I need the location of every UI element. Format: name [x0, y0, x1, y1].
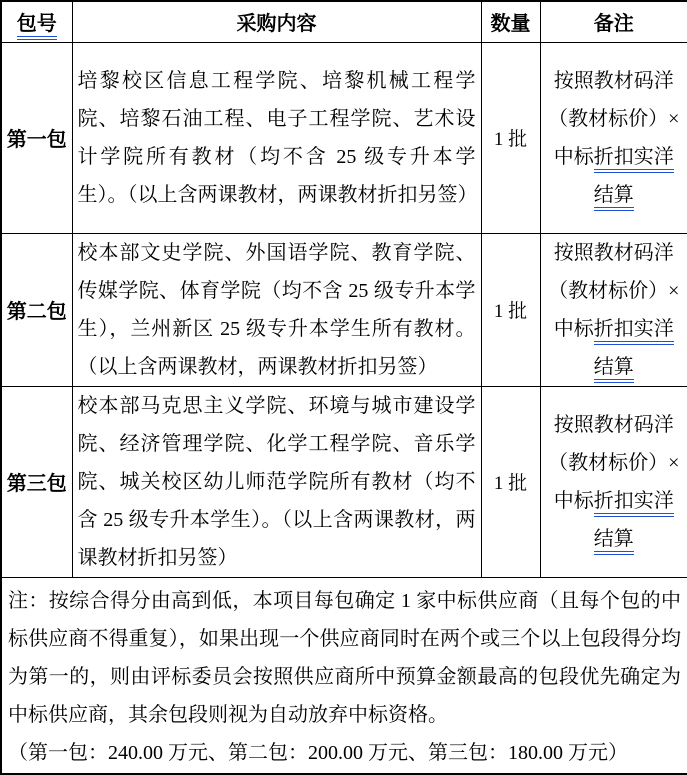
- remark-line-4-underlined: 结算: [594, 184, 634, 211]
- package-3-name: 第三包: [1, 386, 72, 577]
- table-row-package-1: 第一包 培黎校区信息工程学院、培黎机械工程学院、培黎石油工程、电子工程学院、艺术…: [1, 42, 687, 233]
- package-3-content: 校本部马克思主义学院、环境与城市建设学院、经济管理学院、化学工程学院、音乐学院、…: [72, 386, 481, 577]
- remark-line-2: （教材标价）×: [544, 100, 685, 138]
- remark-line-3-underlined: 折扣实洋: [594, 490, 674, 517]
- remark-line-3-underlined: 折扣实洋: [594, 318, 674, 345]
- package-header-label: 包号: [17, 13, 57, 40]
- remark-line-4: 结算: [544, 348, 685, 386]
- remark-line-3-prefix: 中标: [554, 490, 594, 512]
- remark-line-4-underlined: 结算: [594, 356, 634, 383]
- package-1-content: 培黎校区信息工程学院、培黎机械工程学院、培黎石油工程、电子工程学院、艺术设计学院…: [72, 42, 481, 233]
- remark-line-2: （教材标价）×: [544, 444, 685, 482]
- package-2-name: 第二包: [1, 233, 72, 386]
- header-cell-quantity: 数量: [481, 1, 540, 42]
- package-3-quantity: 1 批: [481, 386, 540, 577]
- remark-line-4: 结算: [544, 520, 685, 558]
- remark-line-4-underlined: 结算: [594, 528, 634, 555]
- note-budget-text: （第一包：240.00 万元、第二包：200.00 万元、第三包：180.00 …: [8, 734, 681, 772]
- package-1-name: 第一包: [1, 42, 72, 233]
- remark-line-1: 按照教材码洋: [544, 62, 685, 100]
- remark-line-3-underlined: 折扣实洋: [594, 146, 674, 173]
- header-cell-remark: 备注: [540, 1, 687, 42]
- table-row-package-3: 第三包 校本部马克思主义学院、环境与城市建设学院、经济管理学院、化学工程学院、音…: [1, 386, 687, 577]
- procurement-packages-table: 包号 采购内容 数量 备注 第一包 培黎校区信息工程学院、培黎机械工程学院、培黎…: [0, 0, 687, 775]
- remark-line-3-prefix: 中标: [554, 318, 594, 340]
- note-main-text: 注：按综合得分由高到低，本项目每包确定 1 家中标供应商（且每个包的中标供应商不…: [8, 582, 681, 734]
- remark-line-3-prefix: 中标: [554, 146, 594, 168]
- remark-line-1: 按照教材码洋: [544, 406, 685, 444]
- header-cell-content: 采购内容: [72, 1, 481, 42]
- table-row-package-2: 第二包 校本部文史学院、外国语学院、教育学院、传媒学院、体育学院（均不含 25 …: [1, 233, 687, 386]
- table-header-row: 包号 采购内容 数量 备注: [1, 1, 687, 42]
- remark-line-2: （教材标价）×: [544, 272, 685, 310]
- header-cell-package: 包号: [1, 1, 72, 42]
- remark-line-3: 中标折扣实洋: [544, 482, 685, 520]
- package-2-remark: 按照教材码洋 （教材标价）× 中标折扣实洋 结算: [540, 233, 687, 386]
- package-3-remark: 按照教材码洋 （教材标价）× 中标折扣实洋 结算: [540, 386, 687, 577]
- remark-line-3: 中标折扣实洋: [544, 138, 685, 176]
- package-2-content: 校本部文史学院、外国语学院、教育学院、传媒学院、体育学院（均不含 25 级专升本…: [72, 233, 481, 386]
- remark-line-1: 按照教材码洋: [544, 234, 685, 272]
- remark-line-4: 结算: [544, 176, 685, 214]
- note-cell: 注：按综合得分由高到低，本项目每包确定 1 家中标供应商（且每个包的中标供应商不…: [1, 577, 687, 774]
- package-1-remark: 按照教材码洋 （教材标价）× 中标折扣实洋 结算: [540, 42, 687, 233]
- table-note-row: 注：按综合得分由高到低，本项目每包确定 1 家中标供应商（且每个包的中标供应商不…: [1, 577, 687, 774]
- package-1-quantity: 1 批: [481, 42, 540, 233]
- remark-line-3: 中标折扣实洋: [544, 310, 685, 348]
- package-2-quantity: 1 批: [481, 233, 540, 386]
